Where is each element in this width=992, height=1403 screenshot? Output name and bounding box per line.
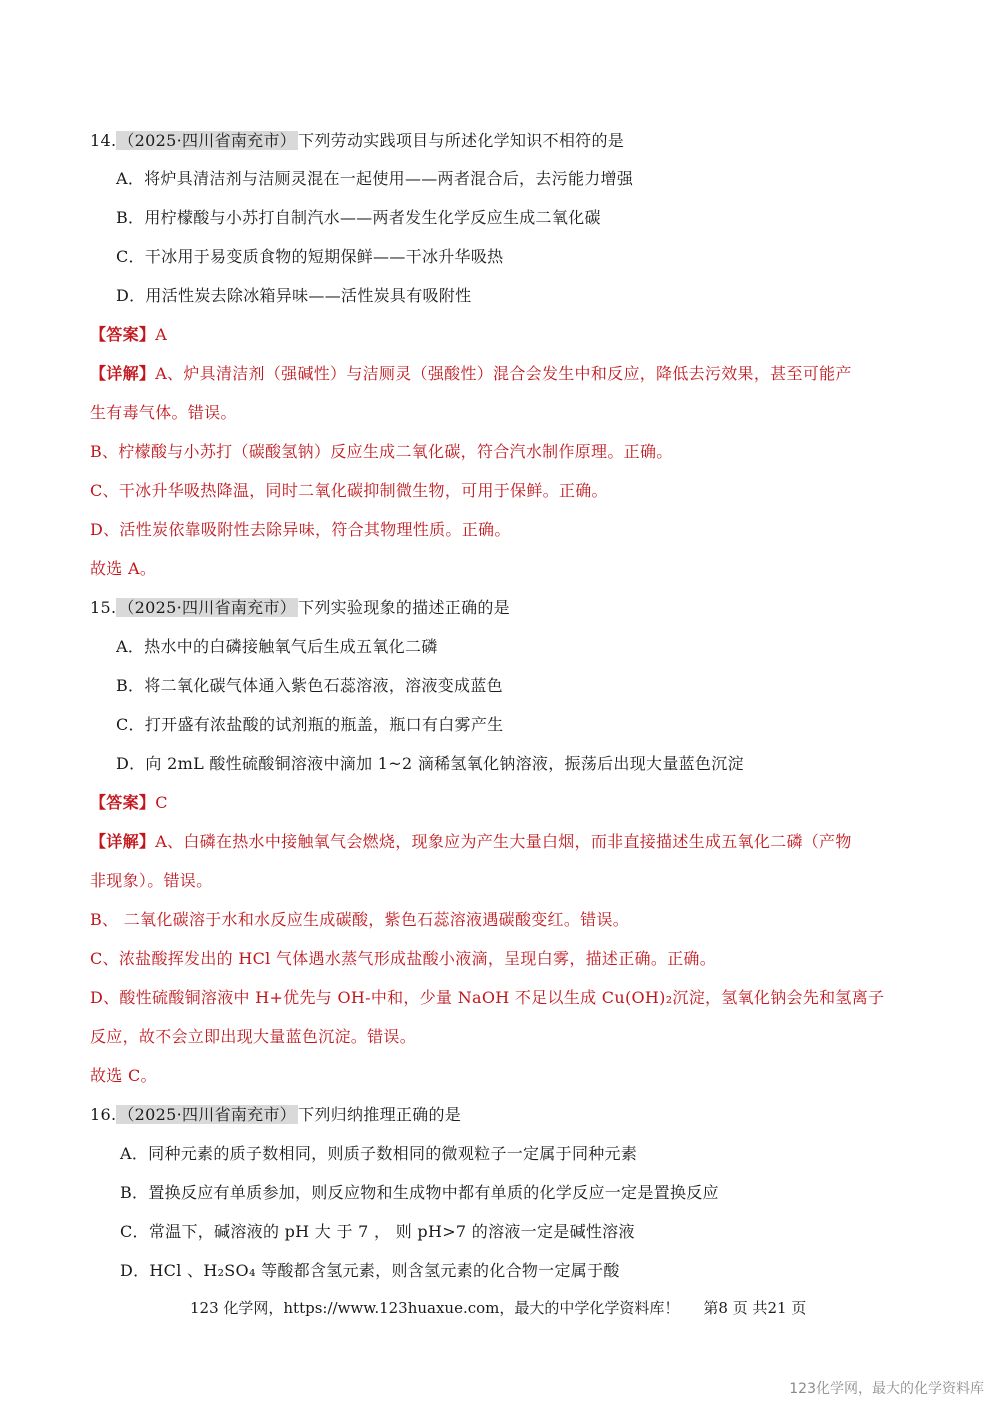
detail-14-line-5: D、活性炭依靠吸附性去除异味，符合其物理性质。正确。 bbox=[90, 519, 511, 541]
detail-label: 【详解】 bbox=[90, 364, 155, 383]
detail-15-line-4: C、浓盐酸挥发出的 HCl 气体遇水蒸气形成盐酸小液滴，呈现白雾，描述正确。正确… bbox=[90, 948, 716, 970]
option-c: C．常温下，碱溶液的 pH 大 于 7 ， 则 pH>7 的溶液一定是碱性溶液 bbox=[120, 1221, 635, 1243]
option-d: D．HCl 、H₂SO₄ 等酸都含氢元素，则含氢元素的化合物一定属于酸 bbox=[120, 1260, 620, 1282]
detail-15-line-5: D、酸性硫酸铜溶液中 H+优先与 OH-中和，少量 NaOH 不足以生成 Cu(… bbox=[90, 987, 884, 1009]
answer-label: 【答案】 bbox=[90, 793, 155, 812]
option-a: A．同种元素的质子数相同，则质子数相同的微观粒子一定属于同种元素 bbox=[120, 1143, 637, 1165]
answer-value: C bbox=[155, 793, 168, 812]
option-b: B．置换反应有单质参加，则反应物和生成物中都有单质的化学反应一定是置换反应 bbox=[120, 1182, 719, 1204]
detail-15-line-3: B、 二氧化碳溶于水和水反应生成碳酸，紫色石蕊溶液遇碳酸变红。错误。 bbox=[90, 909, 629, 931]
question-source: （2025·四川省南充市） bbox=[116, 131, 298, 150]
detail-14-line-1: 【详解】A、炉具清洁剂（强碱性）与洁厕灵（强酸性）混合会发生中和反应，降低去污效… bbox=[90, 363, 852, 385]
option-d: D．向 2mL 酸性硫酸铜溶液中滴加 1~2 滴稀氢氧化钠溶液，振荡后出现大量蓝… bbox=[116, 753, 744, 775]
option-d: D．用活性炭去除冰箱异味——活性炭具有吸附性 bbox=[116, 285, 471, 307]
detail-15-conclusion: 故选 C。 bbox=[90, 1065, 157, 1087]
watermark: 123化学网，最大的化学资料库 bbox=[789, 1378, 984, 1398]
question-source: （2025·四川省南充市） bbox=[116, 598, 298, 617]
detail-label: 【详解】 bbox=[90, 832, 155, 851]
question-text: 下列归纳推理正确的是 bbox=[298, 1105, 461, 1124]
option-a: A．热水中的白磷接触氧气后生成五氧化二磷 bbox=[116, 636, 438, 658]
detail-14-conclusion: 故选 A。 bbox=[90, 558, 156, 580]
option-c: C．干冰用于易变质食物的短期保鲜——干冰升华吸热 bbox=[116, 246, 503, 268]
question-text: 下列劳动实践项目与所述化学知识不相符的是 bbox=[298, 131, 624, 150]
option-b: B．用柠檬酸与小苏打自制汽水——两者发生化学反应生成二氧化碳 bbox=[116, 207, 601, 229]
detail-14-line-2: 生有毒气体。错误。 bbox=[90, 402, 237, 424]
detail-14-line-3: B、柠檬酸与小苏打（碳酸氢钠）反应生成二氧化碳，符合汽水制作原理。正确。 bbox=[90, 441, 673, 463]
answer-14: 【答案】A bbox=[90, 324, 167, 346]
option-a: A．将炉具清洁剂与洁厕灵混在一起使用——两者混合后，去污能力增强 bbox=[116, 168, 633, 190]
option-c: C．打开盛有浓盐酸的试剂瓶的瓶盖，瓶口有白雾产生 bbox=[116, 714, 503, 736]
answer-15: 【答案】C bbox=[90, 792, 168, 814]
page-footer: 123 化学网，https://www.123huaxue.com，最大的中学化… bbox=[190, 1298, 806, 1318]
page-number: 第8 页 共21 页 bbox=[703, 1299, 806, 1317]
answer-label: 【答案】 bbox=[90, 325, 155, 344]
question-number: 16. bbox=[90, 1105, 116, 1124]
question-number: 15. bbox=[90, 598, 116, 617]
option-b: B．将二氧化碳气体通入紫色石蕊溶液，溶液变成蓝色 bbox=[116, 675, 503, 697]
detail-15-line-1: 【详解】A、白磷在热水中接触氧气会燃烧，现象应为产生大量白烟，而非直接描述生成五… bbox=[90, 831, 852, 853]
detail-14-line-4: C、干冰升华吸热降温，同时二氧化碳抑制微生物，可用于保鲜。正确。 bbox=[90, 480, 608, 502]
question-15-stem: 15.（2025·四川省南充市）下列实验现象的描述正确的是 bbox=[90, 597, 510, 619]
question-16-stem: 16.（2025·四川省南充市）下列归纳推理正确的是 bbox=[90, 1104, 461, 1126]
detail-text: A、白磷在热水中接触氧气会燃烧，现象应为产生大量白烟，而非直接描述生成五氧化二磷… bbox=[155, 832, 851, 851]
detail-15-line-6: 反应，故不会立即出现大量蓝色沉淀。错误。 bbox=[90, 1026, 416, 1048]
detail-text: A、炉具清洁剂（强碱性）与洁厕灵（强酸性）混合会发生中和反应，降低去污效果，甚至… bbox=[155, 364, 851, 383]
question-14-stem: 14.（2025·四川省南充市）下列劳动实践项目与所述化学知识不相符的是 bbox=[90, 130, 624, 152]
question-text: 下列实验现象的描述正确的是 bbox=[298, 598, 510, 617]
footer-site-text: 123 化学网，https://www.123huaxue.com，最大的中学化… bbox=[190, 1299, 679, 1317]
answer-value: A bbox=[155, 325, 167, 344]
document-page: 14.（2025·四川省南充市）下列劳动实践项目与所述化学知识不相符的是 A．将… bbox=[0, 0, 992, 1403]
detail-15-line-2: 非现象）。错误。 bbox=[90, 870, 212, 892]
question-number: 14. bbox=[90, 131, 116, 150]
question-source: （2025·四川省南充市） bbox=[116, 1105, 298, 1124]
